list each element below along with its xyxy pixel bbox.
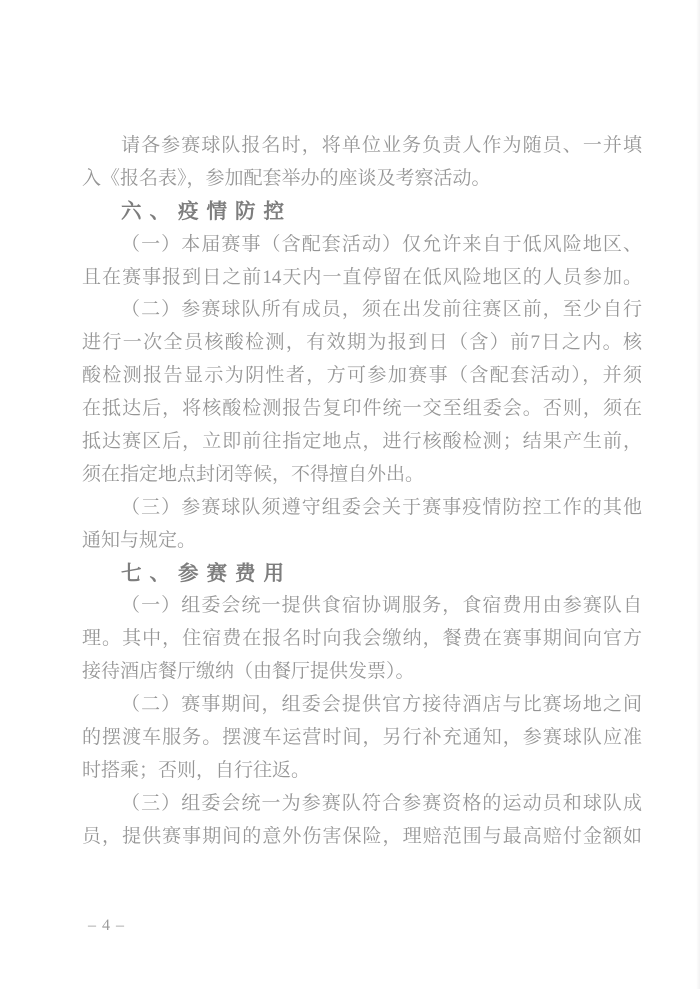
text-line: （二）参赛球队所有成员，须在出发前往赛区前，至少自行: [82, 294, 642, 327]
text-line: 在抵达后，将核酸检测报告复印件统一交至组委会。否则，须在: [82, 393, 642, 426]
text-line: 通知与规定。: [82, 525, 642, 558]
text-line: 请各参赛球队报名时，将单位业务负责人作为随员、一并填: [82, 130, 642, 163]
text-line: 时搭乘；否则，自行往返。: [82, 755, 642, 788]
text-line: 进行一次全员核酸检测，有效期为报到日（含）前7日之内。核: [82, 327, 642, 360]
text-line: 理。其中，住宿费在报名时向我会缴纳，餐费在赛事期间向官方: [82, 623, 642, 656]
text-line: （一）本届赛事（含配套活动）仅允许来自于低风险地区、: [82, 229, 642, 262]
scan-edge-artifact: [696, 0, 700, 989]
page-number: – 4 –: [88, 917, 125, 935]
text-line: 员，提供赛事期间的意外伤害保险，理赔范围与最高赔付金额如: [82, 821, 642, 854]
section-heading: 七、参赛费用: [82, 558, 642, 591]
section-heading: 六、疫情防控: [82, 196, 642, 229]
text-line: （二）赛事期间，组委会提供官方接待酒店与比赛场地之间: [82, 689, 642, 722]
text-line: 须在指定地点封闭等候，不得擅自外出。: [82, 459, 642, 492]
text-line: （三）参赛球队须遵守组委会关于赛事疫情防控工作的其他: [82, 492, 642, 525]
text-line: 入《报名表》，参加配套举办的座谈及考察活动。: [82, 163, 642, 196]
text-line: 酸检测报告显示为阴性者，方可参加赛事（含配套活动），并须: [82, 360, 642, 393]
text-line: （一）组委会统一提供食宿协调服务，食宿费用由参赛队自: [82, 590, 642, 623]
document-body: 请各参赛球队报名时，将单位业务负责人作为随员、一并填入《报名表》，参加配套举办的…: [82, 130, 642, 854]
text-line: 且在赛事报到日之前14天内一直停留在低风险地区的人员参加。: [82, 262, 642, 295]
text-line: （三）组委会统一为参赛队符合参赛资格的运动员和球队成: [82, 788, 642, 821]
text-line: 抵达赛区后，立即前往指定地点，进行核酸检测；结果产生前，: [82, 426, 642, 459]
text-line: 的摆渡车服务。摆渡车运营时间，另行补充通知，参赛球队应准: [82, 722, 642, 755]
text-line: 接待酒店餐厅缴纳（由餐厅提供发票）。: [82, 656, 642, 689]
scanned-document-page: 请各参赛球队报名时，将单位业务负责人作为随员、一并填入《报名表》，参加配套举办的…: [0, 0, 700, 989]
